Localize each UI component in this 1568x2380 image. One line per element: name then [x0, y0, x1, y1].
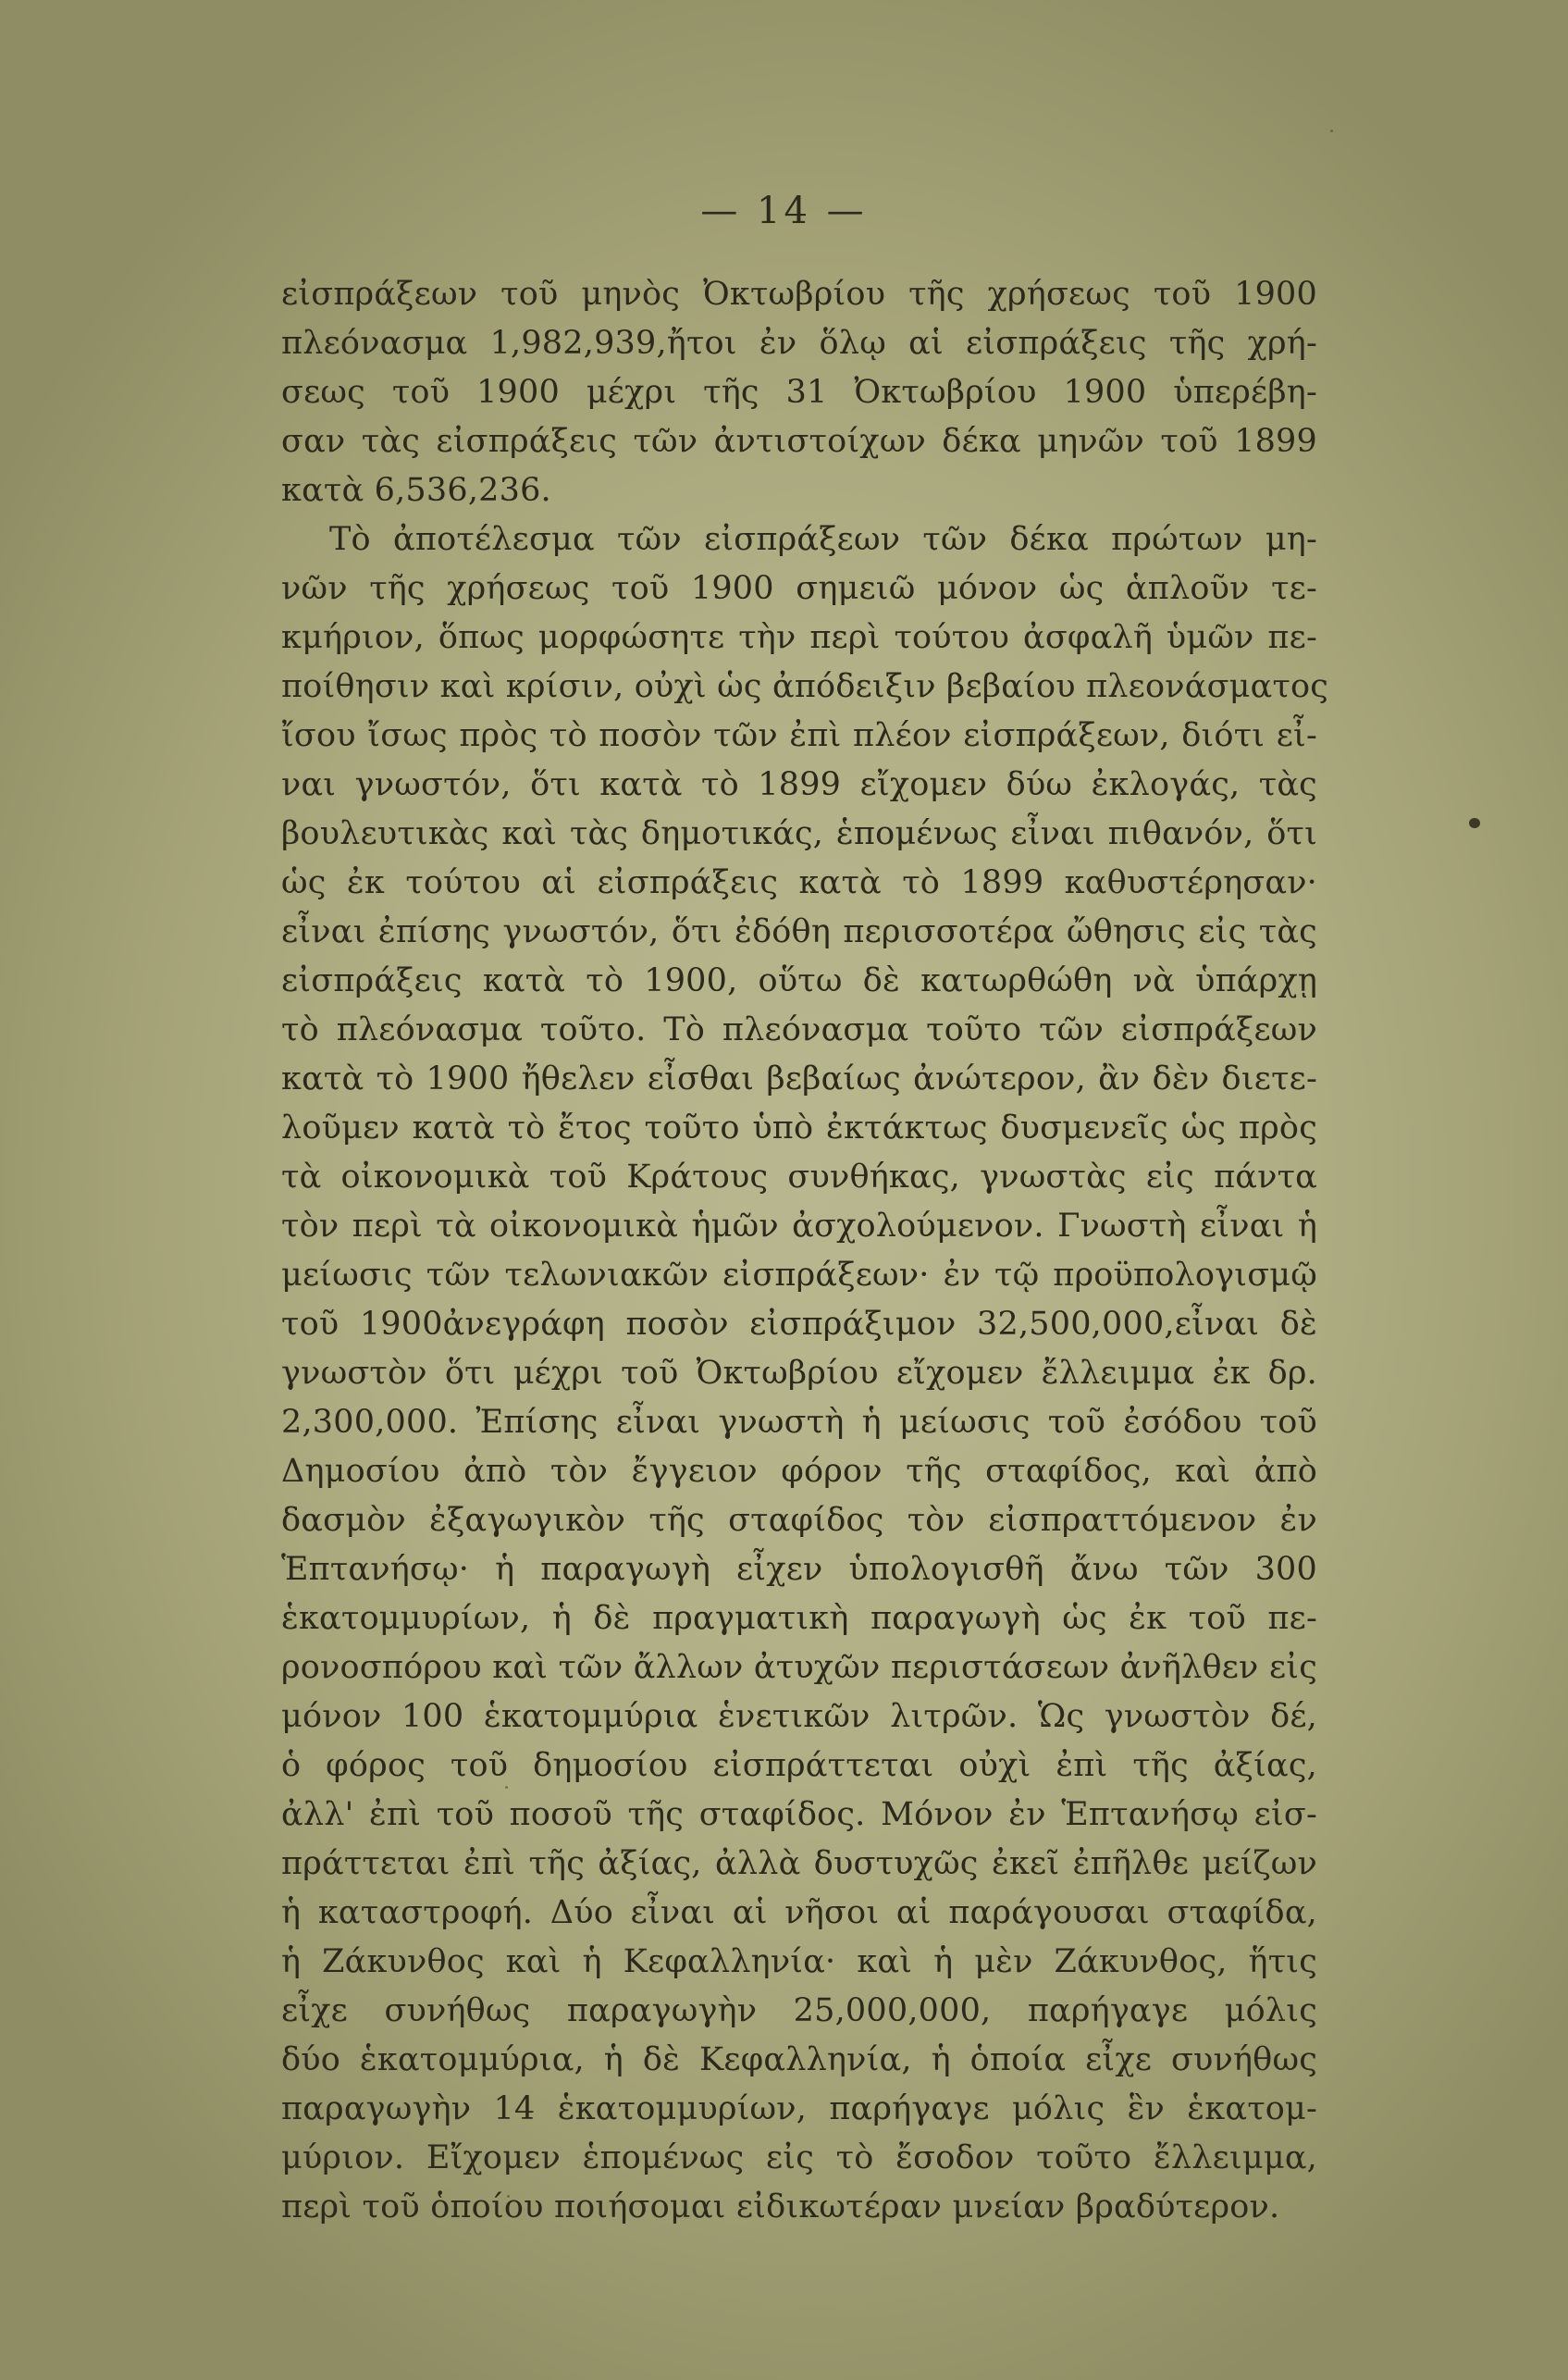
- text-line: ποίθησιν καὶ κρίσιν, οὐχὶ ὡς ἀπόδειξιν β…: [281, 663, 1317, 711]
- text-line: εἶχε συνήθως παραγωγὴν 25,000,000, παρήγ…: [281, 1987, 1317, 2035]
- text-line: εἶναι ἐπίσης γνωστόν, ὅτι ἐδόθη περισσοτ…: [281, 908, 1317, 956]
- text-line: εἰσπράξεων τοῦ μηνὸς Ὀκτωβρίου τῆς χρήσε…: [281, 270, 1317, 318]
- text-line: ρονοσπόρου καὶ τῶν ἄλλων ἀτυχῶν περιστάσ…: [281, 1643, 1317, 1692]
- paper-speck: [507, 2195, 510, 2198]
- text-line: τοῦ 1900ἀνεγράφη ποσὸν εἰσπράξιμον 32,50…: [281, 1300, 1317, 1348]
- text-line: ἀλλ' ἐπὶ τοῦ ποσοῦ τῆς σταφίδος. Μόνον ἐ…: [281, 1791, 1317, 1839]
- text-line: ἡ Ζάκυνθος καὶ ἡ Κεφαλληνία· καὶ ἡ μὲν Ζ…: [281, 1938, 1317, 1986]
- text-line: τὰ οἰκονομικὰ τοῦ Κράτους συνθήκας, γνωσ…: [281, 1153, 1317, 1201]
- text-line: τὸν περὶ τὰ οἰκονομικὰ ἡμῶν ἀσχολούμενον…: [281, 1202, 1317, 1250]
- text-line: ἡ καταστροφή. Δύο εἶναι αἱ νῆσοι αἱ παρά…: [281, 1889, 1317, 1937]
- text-line: ὡς ἐκ τούτου αἱ εἰσπράξεις κατὰ τὸ 1899 …: [281, 859, 1317, 907]
- text-line: Ἑπτανήσῳ· ἡ παραγωγὴ εἶχεν ὑπολογισθῆ ἄν…: [281, 1545, 1317, 1593]
- text-line: ναι γνωστόν, ὅτι κατὰ τὸ 1899 εἴχομεν δύ…: [281, 761, 1317, 809]
- text-line: δύο ἑκατομμύρια, ἡ δὲ Κεφαλληνία, ἡ ὁποί…: [281, 2036, 1317, 2084]
- text-line: σεως τοῦ 1900 μέχρι τῆς 31 Ὀκτωβρίου 190…: [281, 368, 1317, 416]
- paper-speck: [505, 1786, 508, 1789]
- text-line: πράττεται ἐπὶ τῆς ἀξίας, ἀλλὰ δυστυχῶς ἐ…: [281, 1840, 1317, 1888]
- page-number: — 14 —: [0, 190, 1568, 232]
- text-line: μείωσις τῶν τελωνιακῶν εἰσπράξεων· ἐν τῷ…: [281, 1251, 1317, 1299]
- text-line: κατὰ 6,536,236.: [281, 466, 1317, 514]
- text-line: περὶ τοῦ ὁποίου ποιήσομαι εἰδικωτέραν μν…: [281, 2183, 1317, 2231]
- text-line: πλεόνασμα 1,982,939,ἤτοι ἐν ὅλῳ αἱ εἰσπρ…: [281, 319, 1317, 367]
- text-line: σαν τὰς εἰσπράξεις τῶν ἀντιστοίχων δέκα …: [281, 417, 1317, 465]
- paragraph-start-line: Τὸ ἀποτέλεσμα τῶν εἰσπράξεων τῶν δέκα πρ…: [329, 515, 1317, 564]
- text-line: τὸ πλεόνασμα τοῦτο. Τὸ πλεόνασμα τοῦτο τ…: [281, 1006, 1317, 1054]
- text-line: ἑκατομμυρίων, ἡ δὲ πραγματικὴ παραγωγὴ ὡ…: [281, 1594, 1317, 1642]
- text-line: λοῦμεν κατὰ τὸ ἔτος τοῦτο ὑπὸ ἐκτάκτως δ…: [281, 1104, 1317, 1152]
- text-line: κμήριον, ὅπως μορφώσητε τὴν περὶ τούτου …: [281, 614, 1317, 662]
- text-line: γνωστὸν ὅτι μέχρι τοῦ Ὀκτωβρίου εἴχομεν …: [281, 1349, 1317, 1397]
- text-line: κατὰ τὸ 1900 ἤθελεν εἶσθαι βεβαίως ἀνώτε…: [281, 1055, 1317, 1103]
- text-line: μύριον. Εἴχομεν ἑπομένως εἰς τὸ ἔσοδον τ…: [281, 2134, 1317, 2182]
- text-line: δασμὸν ἐξαγωγικὸν τῆς σταφίδος τὸν εἰσπρ…: [281, 1496, 1317, 1544]
- text-line: μόνον 100 ἑκατομμύρια ἑνετικῶν λιτρῶν. Ὡ…: [281, 1692, 1317, 1741]
- text-line: εἰσπράξεις κατὰ τὸ 1900, οὕτω δὲ κατωρθώ…: [281, 957, 1317, 1005]
- ink-blot: [1469, 818, 1480, 828]
- text-line: ὁ φόρος τοῦ δημοσίου εἰσπράττεται οὐχὶ ἐ…: [281, 1742, 1317, 1790]
- text-line: Δημοσίου ἀπὸ τὸν ἔγγειον φόρον τῆς σταφί…: [281, 1447, 1317, 1495]
- text-line: παραγωγὴν 14 ἑκατομμυρίων, παρήγαγε μόλι…: [281, 2085, 1317, 2133]
- text-line: βουλευτικὰς καὶ τὰς δημοτικάς, ἑπομένως …: [281, 810, 1317, 858]
- text-line: 2,300,000. Ἐπίσης εἶναι γνωστὴ ἡ μείωσις…: [281, 1398, 1317, 1446]
- paper-speck: [1330, 130, 1333, 132]
- text-line: νῶν τῆς χρήσεως τοῦ 1900 σημειῶ μόνον ὡς…: [281, 564, 1317, 613]
- text-line: ἴσου ἴσως πρὸς τὸ ποσὸν τῶν ἐπὶ πλέον εἰ…: [281, 712, 1317, 760]
